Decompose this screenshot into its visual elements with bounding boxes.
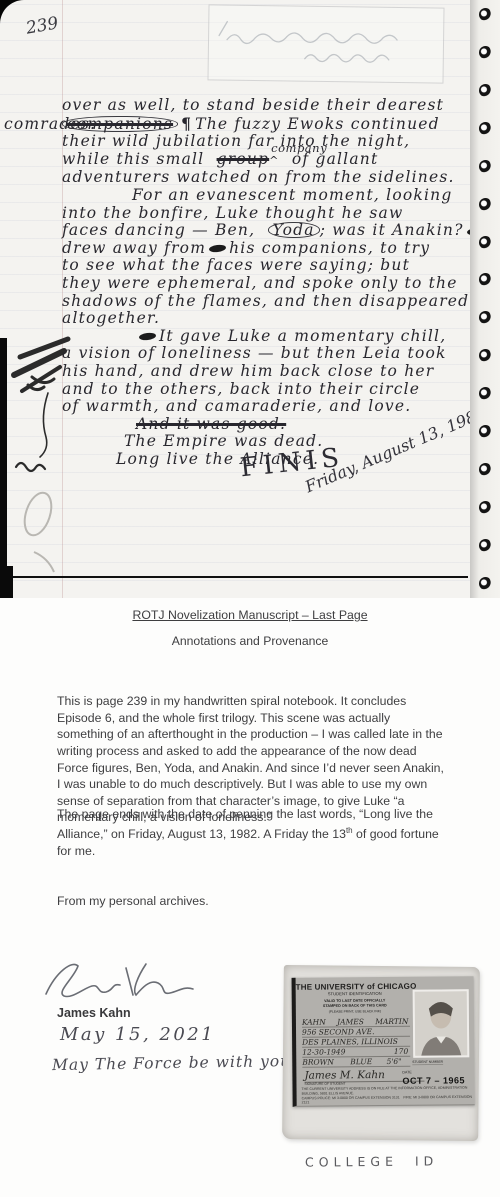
spiral-hole-icon xyxy=(479,387,492,400)
manuscript-line-text: faces dancing — Ben, xyxy=(62,221,255,239)
spiral-hole-icon xyxy=(479,539,492,552)
student-id-card: THE UNIVERSITY of CHICAGO STUDENT IDENTI… xyxy=(292,976,475,1107)
card-hair-value: BROWN xyxy=(302,1057,334,1066)
spiral-binding xyxy=(470,0,500,598)
manuscript-line: shadows of the flames, and then disappea… xyxy=(62,293,462,311)
manuscript-line-text: It gave Luke a momentary chill, xyxy=(159,327,446,345)
date-stamp: OCT 7 – 1965 xyxy=(402,1075,465,1086)
manuscript-line-text: The fuzzy Ewoks continued xyxy=(195,115,440,133)
spiral-hole-icon xyxy=(479,311,492,324)
card-signature-label: SIGNATURE OF STUDENT xyxy=(304,1082,345,1086)
show-through-writing xyxy=(209,5,442,80)
card-fine-print: THE CURRENT UNIVERSITY ADDRESS IS ON FIL… xyxy=(302,1086,475,1106)
spiral-hole-icon xyxy=(479,501,492,514)
circled-word: Yoda xyxy=(268,222,320,238)
card-validity-line: STAMPED ON BACK OF THIS CARD xyxy=(323,1004,387,1008)
spiral-hole-icon xyxy=(479,273,492,286)
ordinal-superscript: th xyxy=(346,826,353,835)
manuscript-line: of warmth, and camaraderie, and love. xyxy=(62,398,462,416)
manuscript-line-text: while this small xyxy=(62,150,204,168)
college-id-caption: COLLEGE ID xyxy=(305,1153,438,1169)
card-birthdate-value: 12-30-1949 xyxy=(302,1047,345,1056)
scan-edge-left xyxy=(0,338,7,598)
card-print-note: (PLEASE PRINT, USE BLACK INK) xyxy=(322,1010,387,1014)
document-subtitle: Annotations and Provenance xyxy=(0,634,500,648)
manuscript-line: to see what the faces were saying; but xyxy=(62,257,462,275)
manuscript-text: over as well, to stand beside their dear… xyxy=(62,97,462,468)
ink-signature xyxy=(40,950,200,1010)
id-card-photo: THE UNIVERSITY of CHICAGO STUDENT IDENTI… xyxy=(282,965,480,1141)
spiral-hole-icon xyxy=(479,425,492,438)
notebook-paper: 239 xyxy=(0,0,470,598)
spiral-hole-icon xyxy=(479,122,492,135)
spiral-hole-icon xyxy=(479,236,492,249)
manuscript-line: their wild jubilation far into the night… xyxy=(62,133,462,151)
ink-blot xyxy=(209,244,227,253)
card-student-number-label: STUDENT NUMBER xyxy=(412,1060,443,1065)
signing-date: May 15, 2021 xyxy=(60,1024,215,1045)
scan-edge-corner xyxy=(0,566,13,598)
margin-word: comrades. xyxy=(4,116,96,134)
struck-sentence: And it was good. xyxy=(136,415,286,433)
spiral-hole-icon xyxy=(479,577,492,590)
ink-blot xyxy=(139,332,157,341)
spiral-hole-icon xyxy=(479,349,492,362)
spiral-hole-icon xyxy=(479,198,492,211)
page-root: 239 xyxy=(0,0,500,1197)
paragraph-2: The page ends with the date of penning t… xyxy=(57,806,450,859)
manuscript-line: altogether. xyxy=(62,310,462,328)
farewell-note: May The Force be with you! xyxy=(52,1052,299,1074)
show-through-note xyxy=(207,4,444,83)
manuscript-line: into the bonfire, Luke thought he saw xyxy=(62,205,462,223)
manuscript-line: over as well, to stand beside their dear… xyxy=(62,97,462,115)
archives-line: From my personal archives. xyxy=(57,893,450,910)
faint-pencil-marks xyxy=(12,488,82,588)
manuscript-line: and to the others, back into their circl… xyxy=(62,381,462,399)
card-date-row: DATE OCT 7 – 1965 xyxy=(402,1069,472,1086)
inserted-word: ^company xyxy=(269,151,279,170)
page-number: 239 xyxy=(25,13,60,38)
provenance-document: ROTJ Novelization Manuscript – Last Page… xyxy=(0,598,500,1197)
portrait-photo xyxy=(413,989,470,1057)
manuscript-line-text: drew away from xyxy=(62,239,206,257)
manuscript-line: adventurers watched on from the sideline… xyxy=(62,169,462,187)
notebook-scan: 239 xyxy=(0,0,500,598)
card-eyes-value: BLUE xyxy=(350,1057,372,1066)
card-validity-note: VALID TO LAST DATE OFFICIALLY STAMPED ON… xyxy=(318,999,391,1009)
card-university-name: THE UNIVERSITY of CHICAGO xyxy=(296,982,414,992)
card-fine-print-line: THE CURRENT UNIVERSITY ADDRESS IS ON FIL… xyxy=(302,1086,468,1095)
manuscript-line: faces dancing — Ben, Yoda; was it Anakin… xyxy=(62,222,462,240)
card-features-field: BROWN BLUE 5'6" xyxy=(302,1057,410,1068)
spiral-hole-icon xyxy=(479,46,492,59)
manuscript-line: they were ephemeral, and spoke only to t… xyxy=(62,275,462,293)
card-fine-print-line: CAMPUS POLICE: MI 3-0800 OR CAMPUS EXTEN… xyxy=(302,1095,472,1104)
manuscript-line-text: his companions, to try xyxy=(229,239,430,257)
manuscript-line: It gave Luke a momentary chill, xyxy=(136,328,462,346)
card-subheader: STUDENT IDENTIFICATION xyxy=(313,992,396,997)
portrait-silhouette xyxy=(415,991,468,1055)
manuscript-line: a vision of loneliness — but then Leia t… xyxy=(62,345,462,363)
printed-name: James Kahn xyxy=(57,1006,131,1020)
card-height-value: 5'6" xyxy=(387,1057,402,1066)
struck-word: group xyxy=(217,150,270,168)
inserted-word-text: company xyxy=(271,140,327,158)
scan-edge-line xyxy=(6,576,468,578)
spiral-hole-icon xyxy=(479,84,492,97)
manuscript-line: comrades.companions¶The fuzzy Ewoks cont… xyxy=(62,115,462,134)
spiral-hole-icon xyxy=(479,160,492,173)
document-title: ROTJ Novelization Manuscript – Last Page xyxy=(0,608,500,622)
card-date-label: DATE xyxy=(402,1071,411,1075)
card-validity-line: VALID TO LAST DATE OFFICIALLY xyxy=(324,999,385,1003)
card-weight-value: 170 xyxy=(394,1047,408,1056)
manuscript-line: while this small group^company of gallan… xyxy=(62,151,462,170)
spiral-hole-icon xyxy=(479,463,492,476)
manuscript-line: drew away fromhis companions, to try xyxy=(62,240,462,258)
pilcrow-mark: ¶ xyxy=(181,114,192,133)
manuscript-line-text: ; was it Anakin? xyxy=(320,221,464,239)
manuscript-line: his hand, and drew him back close to her xyxy=(62,363,462,381)
spiral-hole-icon xyxy=(479,8,492,21)
manuscript-line: For an evanescent moment, looking xyxy=(132,187,462,205)
